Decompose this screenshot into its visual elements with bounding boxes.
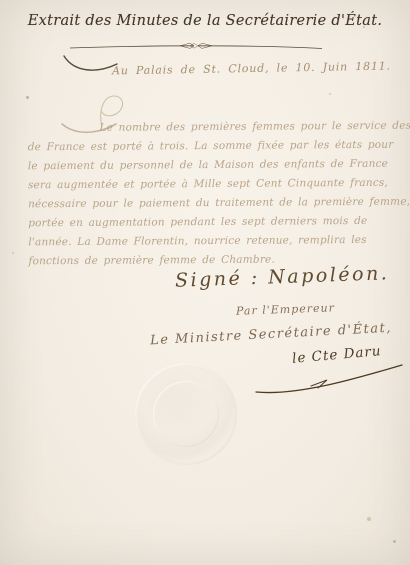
signature-underline-flourish — [253, 352, 405, 398]
document-header-title: Extrait des Minutes de la Secrétairerie … — [0, 13, 410, 29]
body-line: portée en augmentation pendant les sept … — [28, 212, 400, 234]
embossed-seal-inner-ring — [153, 381, 219, 447]
minister-secretary-of-state-line: Le Ministre Secrétaire d'État, — [150, 321, 393, 349]
manuscript-document-page: Extrait des Minutes de la Secrétairerie … — [0, 0, 410, 565]
blind-embossed-seal — [135, 363, 237, 465]
paper-speck — [329, 93, 331, 95]
body-line: le paiement du personnel de la Maison de… — [28, 155, 400, 177]
paper-speck — [12, 252, 14, 254]
paper-speck — [363, 26, 365, 28]
body-line: sera augmentée et portée à Mille sept Ce… — [28, 174, 400, 196]
body-line: nécessaire pour le paiement du traitemen… — [28, 193, 400, 215]
document-body-paragraph: Le nombre des premières femmes pour le s… — [27, 117, 400, 272]
paper-speck — [393, 540, 396, 543]
by-the-emperor-line: Par l'Empereur — [236, 301, 335, 317]
body-line: de France est porté à trois. La somme fi… — [28, 136, 400, 158]
body-line: Le nombre des premières femmes pour le s… — [27, 117, 399, 139]
body-line: l'année. La Dame Florentin, nourrice ret… — [28, 231, 400, 253]
paper-speck — [367, 517, 371, 521]
document-dateline: Au Palais de St. Cloud, le 10. Juin 1811… — [112, 60, 391, 78]
paper-speck — [26, 96, 29, 99]
